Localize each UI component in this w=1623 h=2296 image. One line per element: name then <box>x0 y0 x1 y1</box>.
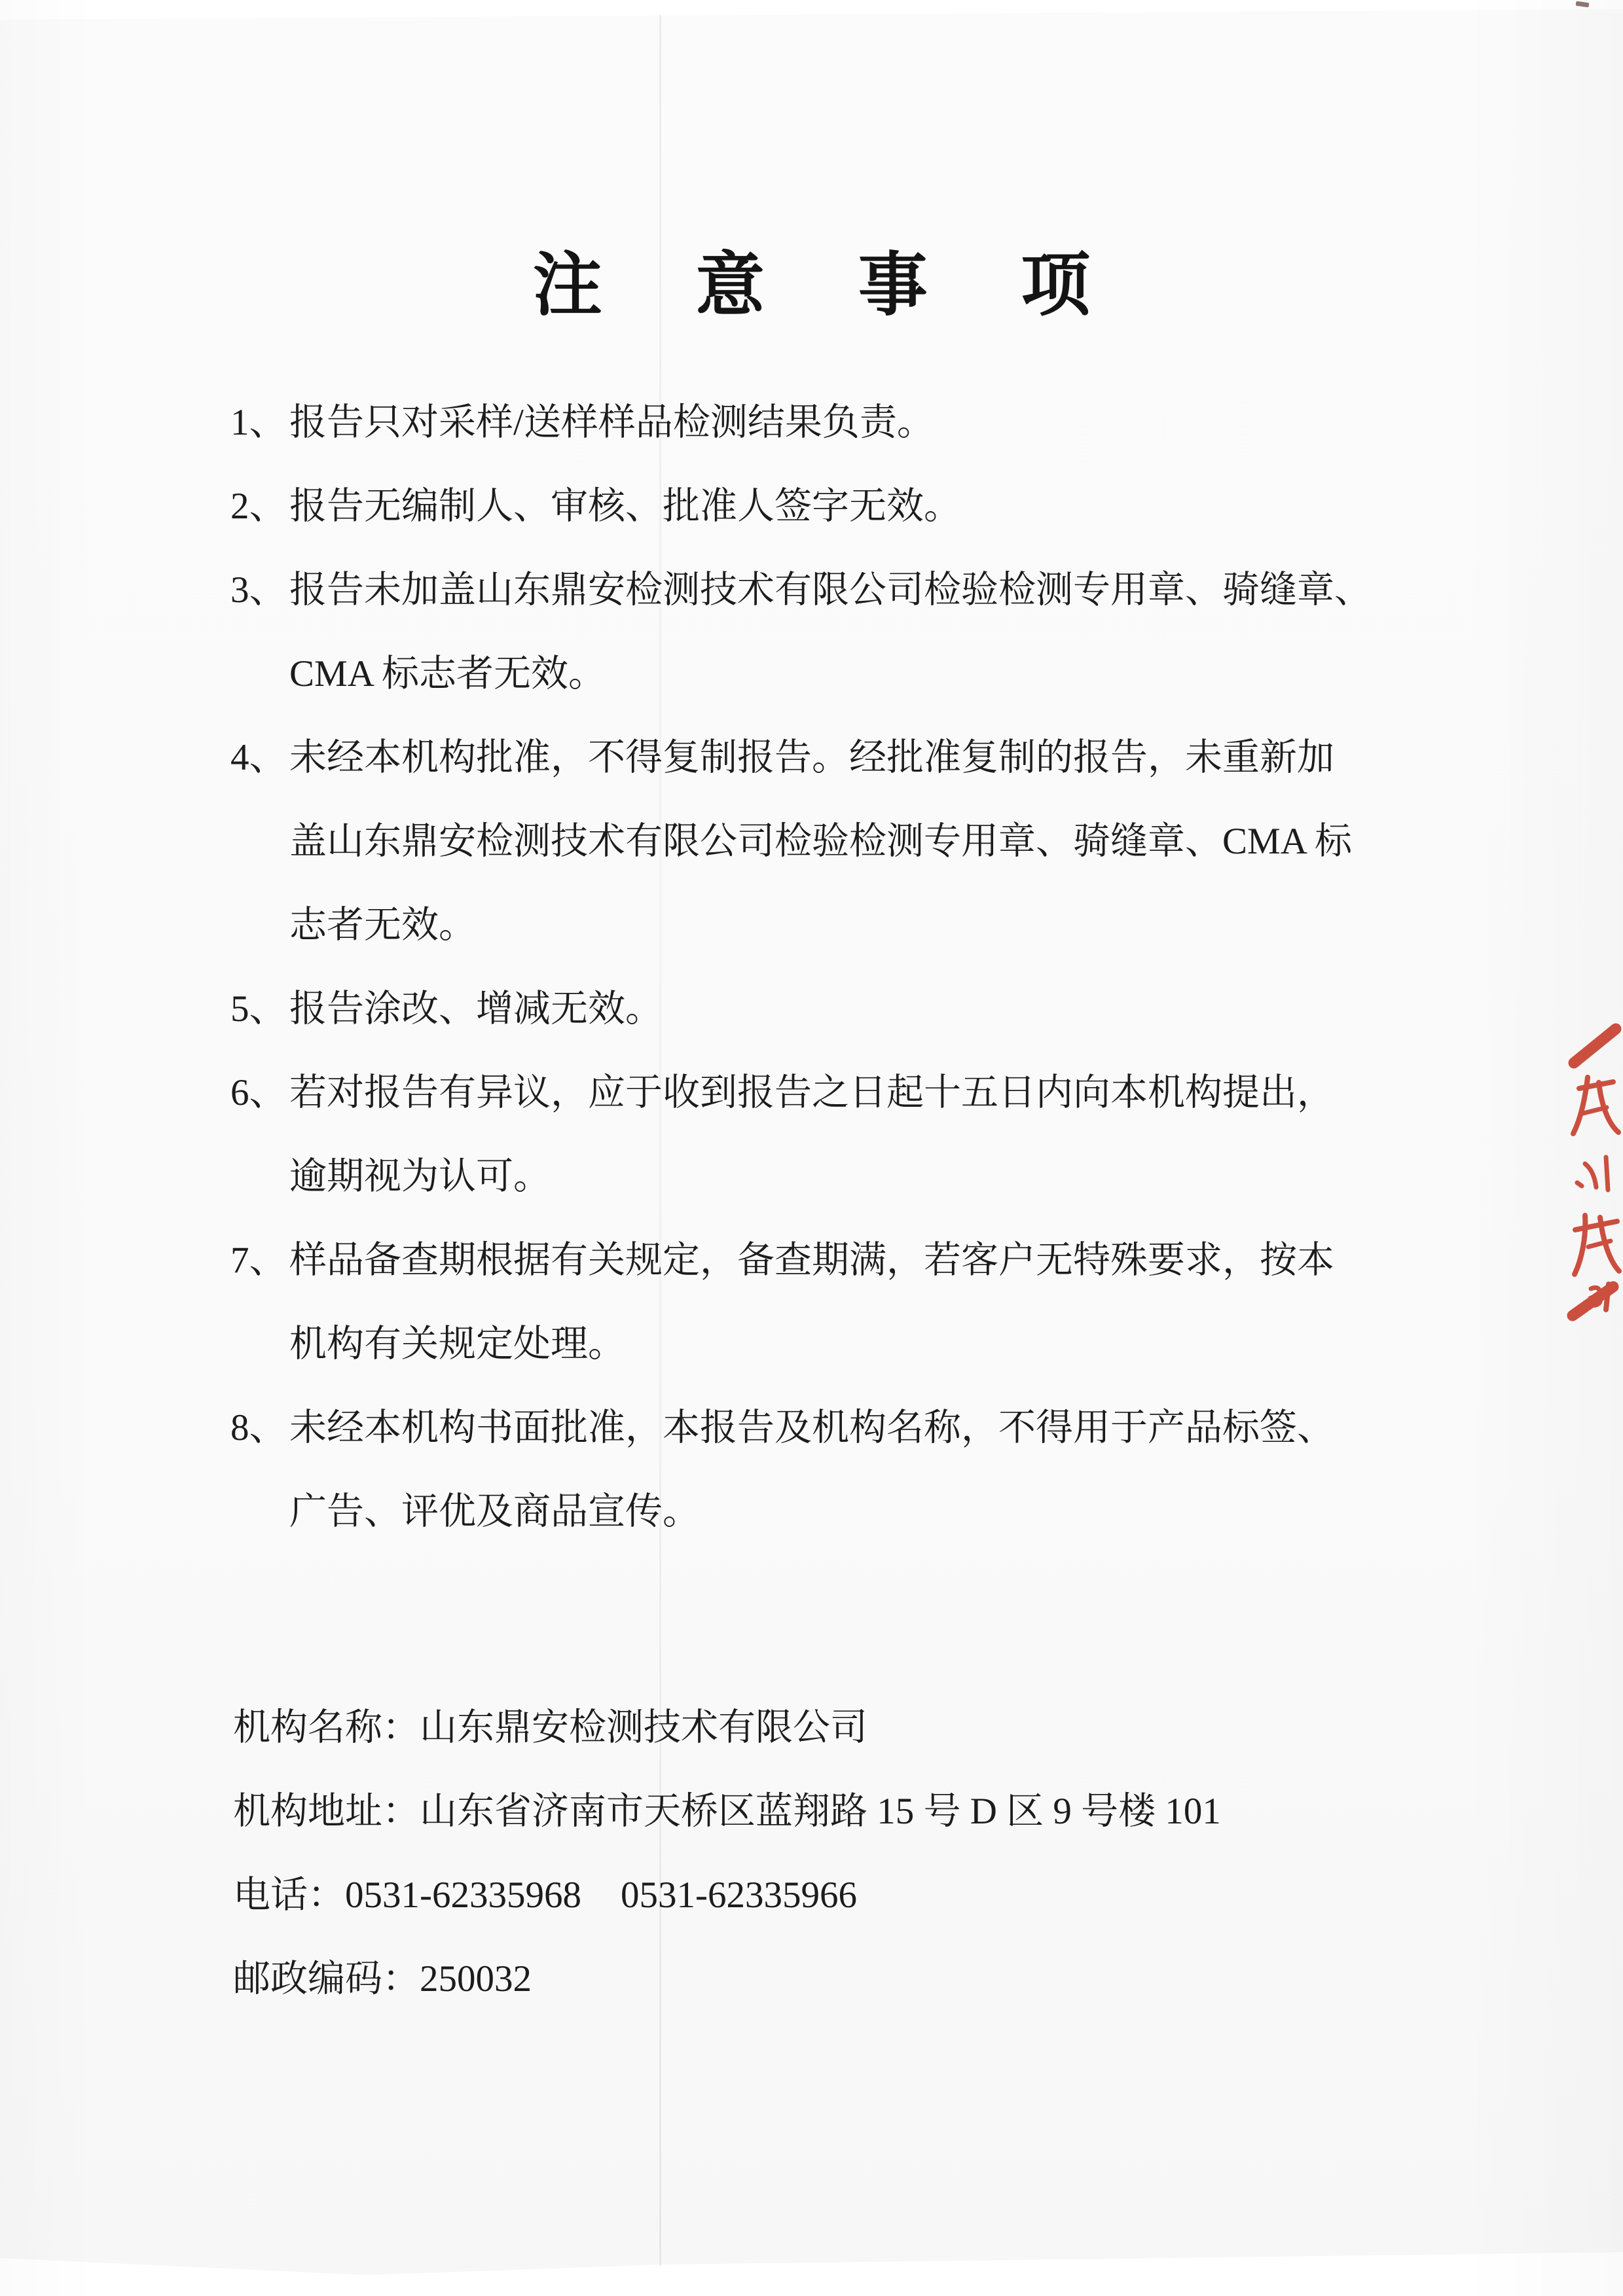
notice-item-8-line-2: 广告、评优及商品宣传。 <box>230 1470 1429 1554</box>
notice-item-3-line-2: CMA 标志者无效。 <box>230 632 1429 716</box>
notice-item-3: 3、报告未加盖山东鼎安检测技术有限公司检验检测专用章、骑缝章、 <box>230 548 1429 632</box>
item-text: 报告未加盖山东鼎安检测技术有限公司检验检测专用章、骑缝章、 <box>289 569 1372 611</box>
notice-item-2: 2、报告无编制人、审核、批准人签字无效。 <box>230 465 1429 548</box>
item-text: 未经本机构书面批准，本报告及机构名称，不得用于产品标签、 <box>289 1407 1334 1448</box>
item-number: 2、 <box>230 465 289 548</box>
notice-item-8: 8、未经本机构书面批准，本报告及机构名称，不得用于产品标签、 <box>230 1386 1429 1470</box>
notice-item-1: 1、报告只对采样/送样样品检测结果负责。 <box>230 381 1429 465</box>
item-text: 未经本机构批准，不得复制报告。经批准复制的报告，未重新加 <box>289 737 1334 778</box>
org-address-row: 机构地址：山东省济南市天桥区蓝翔路 15 号 D 区 9 号楼 101 <box>233 1770 1477 1854</box>
item-text: 若对报告有异议，应于收到报告之日起十五日内向本机构提出， <box>289 1072 1334 1113</box>
org-address-value: 山东省济南市天桥区蓝翔路 15 号 D 区 9 号楼 101 <box>420 1791 1221 1832</box>
item-number: 1、 <box>230 381 289 465</box>
item-number: 8、 <box>230 1386 289 1470</box>
phone-number-1: 0531-62335968 <box>345 1874 581 1916</box>
item-text: 样品备查期根据有关规定，备查期满，若客户无特殊要求，按本 <box>289 1240 1334 1281</box>
postal-code-row: 邮政编码：250032 <box>233 1937 1477 2021</box>
notice-item-4-line-2: 盖山东鼎安检测技术有限公司检验检测专用章、骑缝章、CMA 标 <box>230 800 1429 884</box>
notice-item-6: 6、若对报告有异议，应于收到报告之日起十五日内向本机构提出， <box>230 1051 1429 1135</box>
item-text: 报告只对采样/送样样品检测结果负责。 <box>289 402 934 443</box>
item-text: 广告、评优及商品宣传。 <box>289 1491 700 1532</box>
org-name-row: 机构名称：山东鼎安检测技术有限公司 <box>233 1686 1477 1770</box>
phone-number-2: 0531-62335966 <box>621 1874 857 1916</box>
phone-label: 电话： <box>233 1874 345 1916</box>
notice-item-5: 5、报告涂改、增减无效。 <box>230 967 1429 1051</box>
item-number: 7、 <box>230 1219 289 1302</box>
item-number: 5、 <box>230 967 289 1051</box>
scan-corner-artifact <box>1576 1 1590 8</box>
notice-item-7-line-2: 机构有关规定处理。 <box>230 1302 1429 1386</box>
notice-item-7: 7、样品备查期根据有关规定，备查期满，若客户无特殊要求，按本 <box>230 1219 1429 1302</box>
item-text: 逾期视为认可。 <box>289 1156 551 1197</box>
item-number: 6、 <box>230 1051 289 1135</box>
item-number: 4、 <box>230 716 289 800</box>
item-text: 盖山东鼎安检测技术有限公司检验检测专用章、骑缝章、CMA 标 <box>289 821 1352 862</box>
notice-item-4: 4、未经本机构批准，不得复制报告。经批准复制的报告，未重新加 <box>230 716 1429 800</box>
org-name-value: 山东鼎安检测技术有限公司 <box>420 1707 867 1748</box>
item-text: 报告无编制人、审核、批准人签字无效。 <box>289 486 961 527</box>
organization-info: 机构名称：山东鼎安检测技术有限公司 机构地址：山东省济南市天桥区蓝翔路 15 号… <box>233 1686 1477 2021</box>
org-address-label: 机构地址： <box>233 1791 420 1832</box>
item-text: CMA 标志者无效。 <box>289 653 606 694</box>
item-number: 3、 <box>230 548 289 632</box>
item-text: 志者无效。 <box>289 905 476 946</box>
item-text: 机构有关规定处理。 <box>289 1323 625 1365</box>
item-text: 报告涂改、增减无效。 <box>289 988 663 1030</box>
postal-code-value: 250032 <box>420 1958 532 2000</box>
notice-item-6-line-2: 逾期视为认可。 <box>230 1135 1429 1219</box>
page-title: 注 意 事 项 <box>0 247 1623 325</box>
postal-code-label: 邮政编码： <box>233 1958 420 2000</box>
org-name-label: 机构名称： <box>233 1707 420 1748</box>
phone-row: 电话：0531-623359680531-62335966 <box>233 1854 1477 1937</box>
notice-item-4-line-3: 志者无效。 <box>230 884 1429 967</box>
notice-list: 1、报告只对采样/送样样品检测结果负责。 2、报告无编制人、审核、批准人签字无效… <box>230 381 1429 1554</box>
